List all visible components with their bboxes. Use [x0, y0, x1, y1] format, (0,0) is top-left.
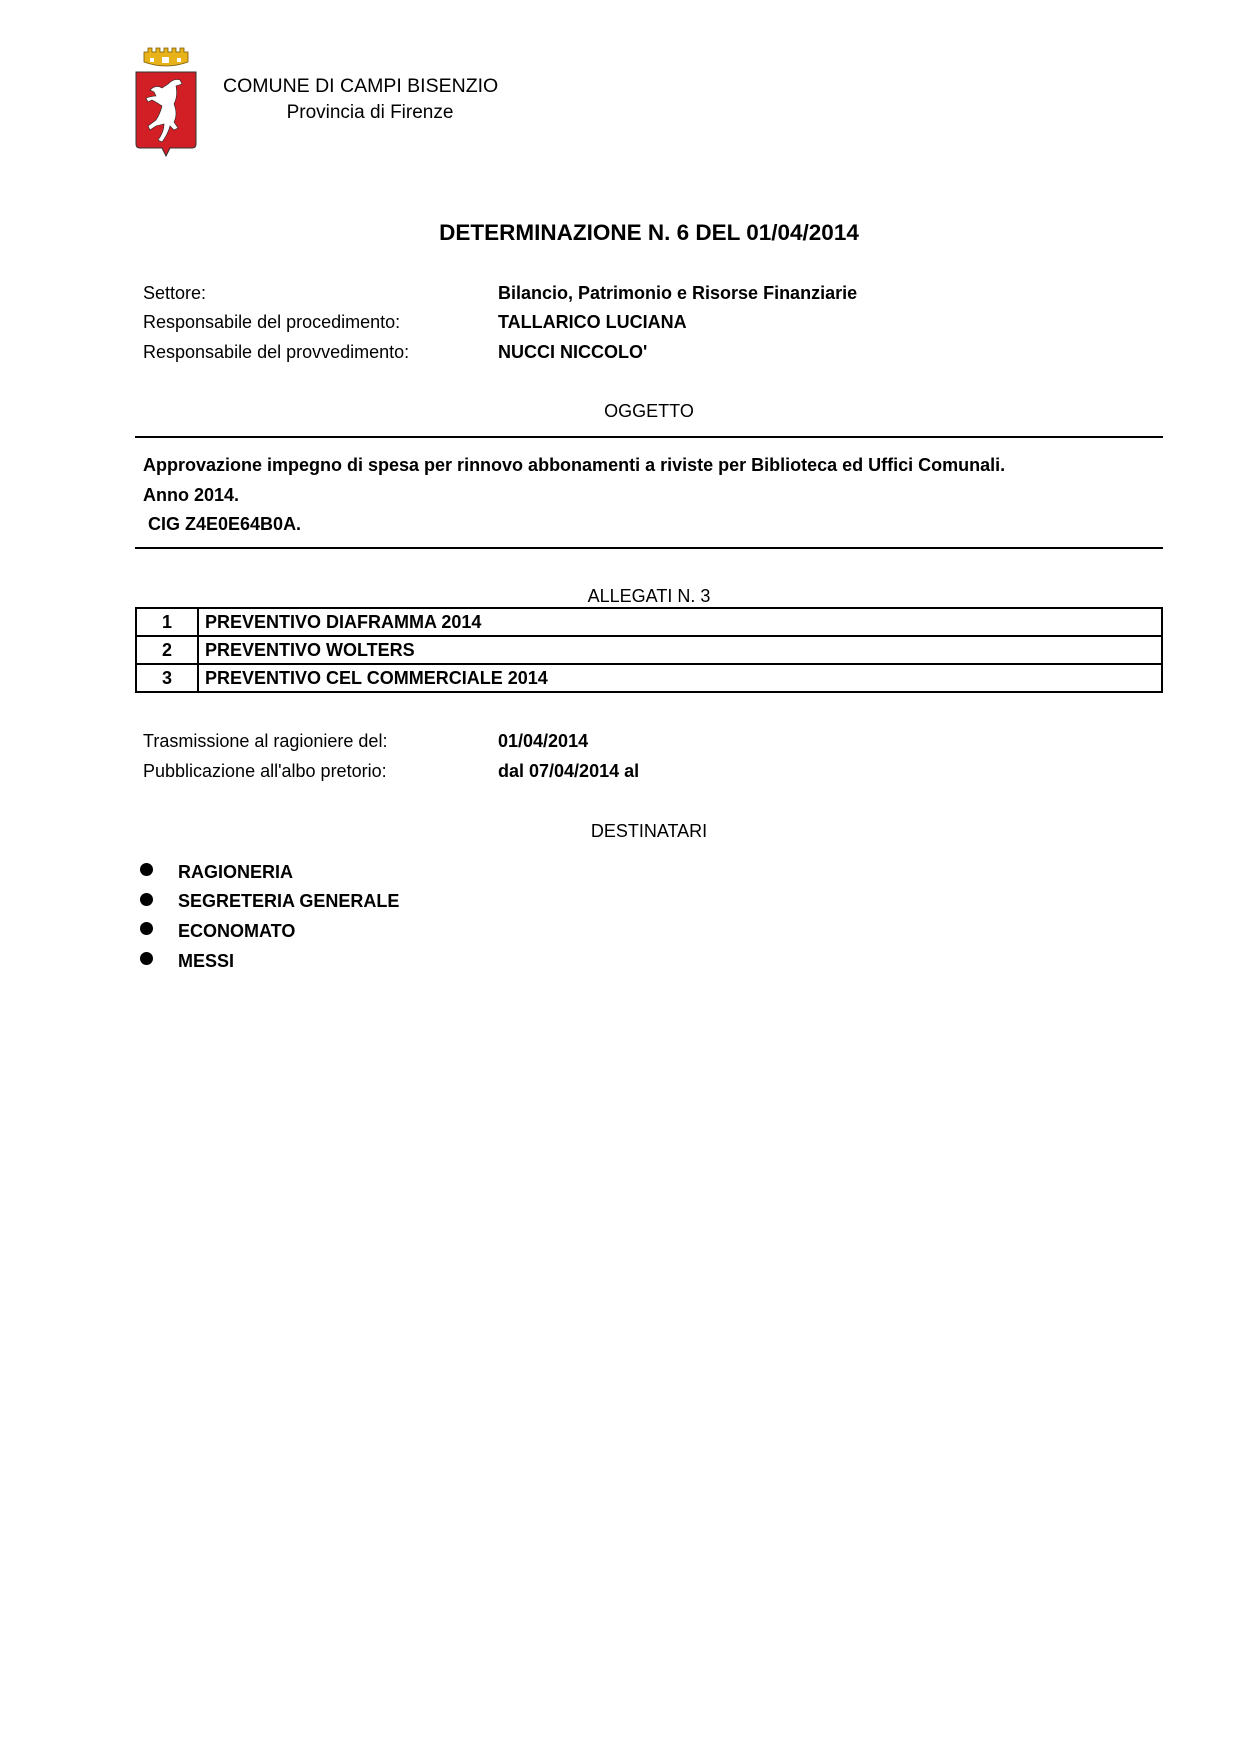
attachment-description: PREVENTIVO DIAFRAMMA 2014 — [198, 608, 1162, 636]
procedure-manager-value: TALLARICO LUCIANA — [498, 311, 687, 333]
bullet-dot-icon — [140, 952, 153, 965]
publication-label: Pubblicazione all'albo pretorio: — [143, 760, 387, 782]
organization-province: Provincia di Firenze — [0, 101, 740, 125]
provision-manager-value: NUCCI NICCOLO' — [498, 341, 647, 363]
table-row: 3 PREVENTIVO CEL COMMERCIALE 2014 — [136, 664, 1162, 692]
recipient-item: ECONOMATO — [178, 920, 295, 942]
recipient-item: MESSI — [178, 950, 234, 972]
subject-top-divider — [135, 436, 1163, 438]
attachments-table: 1 PREVENTIVO DIAFRAMMA 2014 2 PREVENTIVO… — [135, 607, 1163, 693]
attachment-number: 1 — [136, 608, 198, 636]
bullet-dot-icon — [140, 922, 153, 935]
attachment-number: 3 — [136, 664, 198, 692]
organization-name: COMUNE DI CAMPI BISENZIO — [223, 74, 498, 98]
subject-bottom-divider — [135, 547, 1163, 549]
publication-period: dal 07/04/2014 al — [498, 760, 639, 782]
provision-manager-label: Responsabile del provvedimento: — [143, 341, 409, 363]
attachment-description: PREVENTIVO CEL COMMERCIALE 2014 — [198, 664, 1162, 692]
table-row: 1 PREVENTIVO DIAFRAMMA 2014 — [136, 608, 1162, 636]
attachment-number: 2 — [136, 636, 198, 664]
bullet-dot-icon — [140, 863, 153, 876]
procedure-manager-label: Responsabile del procedimento: — [143, 311, 400, 333]
attachments-heading: ALLEGATI N. 3 — [135, 585, 1163, 607]
transmission-date: 01/04/2014 — [498, 730, 588, 752]
document-title: DETERMINAZIONE N. 6 DEL 01/04/2014 — [0, 219, 1240, 247]
recipient-item: SEGRETERIA GENERALE — [178, 890, 399, 912]
subject-cig-code: CIG Z4E0E64B0A. — [143, 513, 301, 535]
sector-label: Settore: — [143, 282, 206, 304]
attachment-description: PREVENTIVO WOLTERS — [198, 636, 1162, 664]
sector-value: Bilancio, Patrimonio e Risorse Finanziar… — [498, 282, 857, 304]
subject-heading: OGGETTO — [135, 400, 1163, 422]
transmission-label: Trasmissione al ragioniere del: — [143, 730, 387, 752]
recipients-heading: DESTINATARI — [135, 820, 1163, 842]
table-row: 2 PREVENTIVO WOLTERS — [136, 636, 1162, 664]
subject-text-line-1: Approvazione impegno di spesa per rinnov… — [143, 454, 1005, 476]
subject-text-line-2: Anno 2014. — [143, 484, 239, 506]
recipient-item: RAGIONERIA — [178, 861, 293, 883]
bullet-dot-icon — [140, 893, 153, 906]
